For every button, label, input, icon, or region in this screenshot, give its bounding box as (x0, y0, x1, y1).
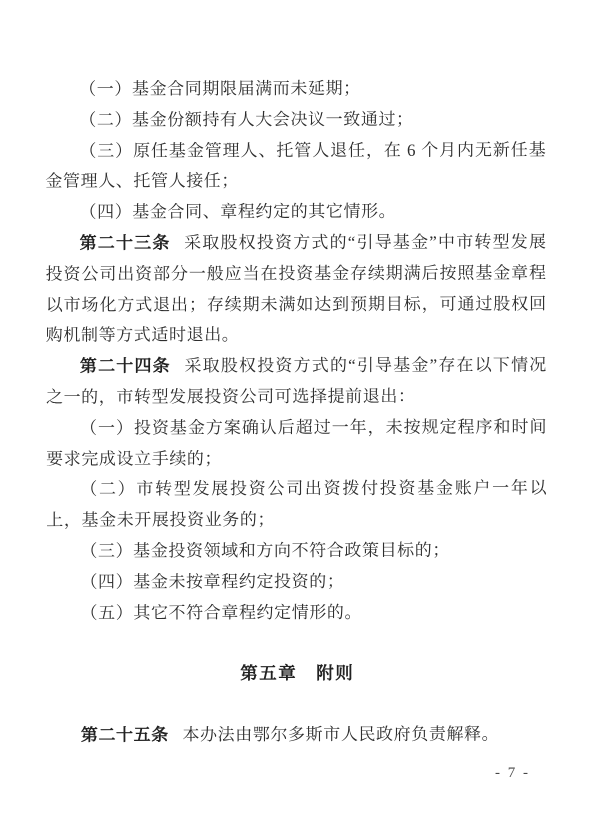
article-text: 本办法由鄂尔多斯市人民政府负责解释。 (182, 725, 499, 745)
page-number: - 7 - (495, 765, 530, 782)
list-item: （四）基金合同、章程约定的其它情形。 (45, 197, 546, 229)
article-number: 第二十三条 (80, 233, 171, 252)
list-item: （四）基金未按章程约定投资的； (46, 566, 547, 598)
list-item: （一）投资基金方案确认后超过一年，未按规定程序和时间要求完成设立手续的； (46, 412, 547, 475)
article-paragraph: 第二十五条本办法由鄂尔多斯市人民政府负责解释。 (47, 719, 548, 751)
list-item: （五）其它不符合章程约定情形的。 (46, 597, 547, 629)
article-paragraph: 第二十四条采取股权投资方式的“引导基金”存在以下情况之一的，市转型发展投资公司可… (46, 351, 547, 414)
list-item: （二）基金份额持有人大会决议一致通过； (45, 104, 546, 136)
article-number: 第二十四条 (80, 357, 171, 376)
list-item: （二）市转型发展投资公司出资拨付投资基金账户一年以上，基金未开展投资业务的； (46, 474, 547, 537)
list-item: （三）原任基金管理人、托管人退任，在 6 个月内无新任基金管理人、托管人接任； (45, 135, 546, 198)
list-item: （三）基金投资领域和方向不符合政策目标的； (46, 535, 547, 567)
list-item: （一）基金合同期限届满而未延期； (45, 73, 546, 105)
chapter-heading: 第五章 附则 (47, 658, 548, 690)
article-number: 第二十五条 (81, 725, 169, 744)
document-body: （一）基金合同期限届满而未延期； （二）基金份额持有人大会决议一致通过； （三）… (45, 73, 548, 751)
document-page: （一）基金合同期限届满而未延期； （二）基金份额持有人大会决议一致通过； （三）… (0, 0, 600, 832)
article-paragraph: 第二十三条采取股权投资方式的“引导基金”中市转型发展投资公司出资部分一般应当在投… (46, 227, 547, 351)
